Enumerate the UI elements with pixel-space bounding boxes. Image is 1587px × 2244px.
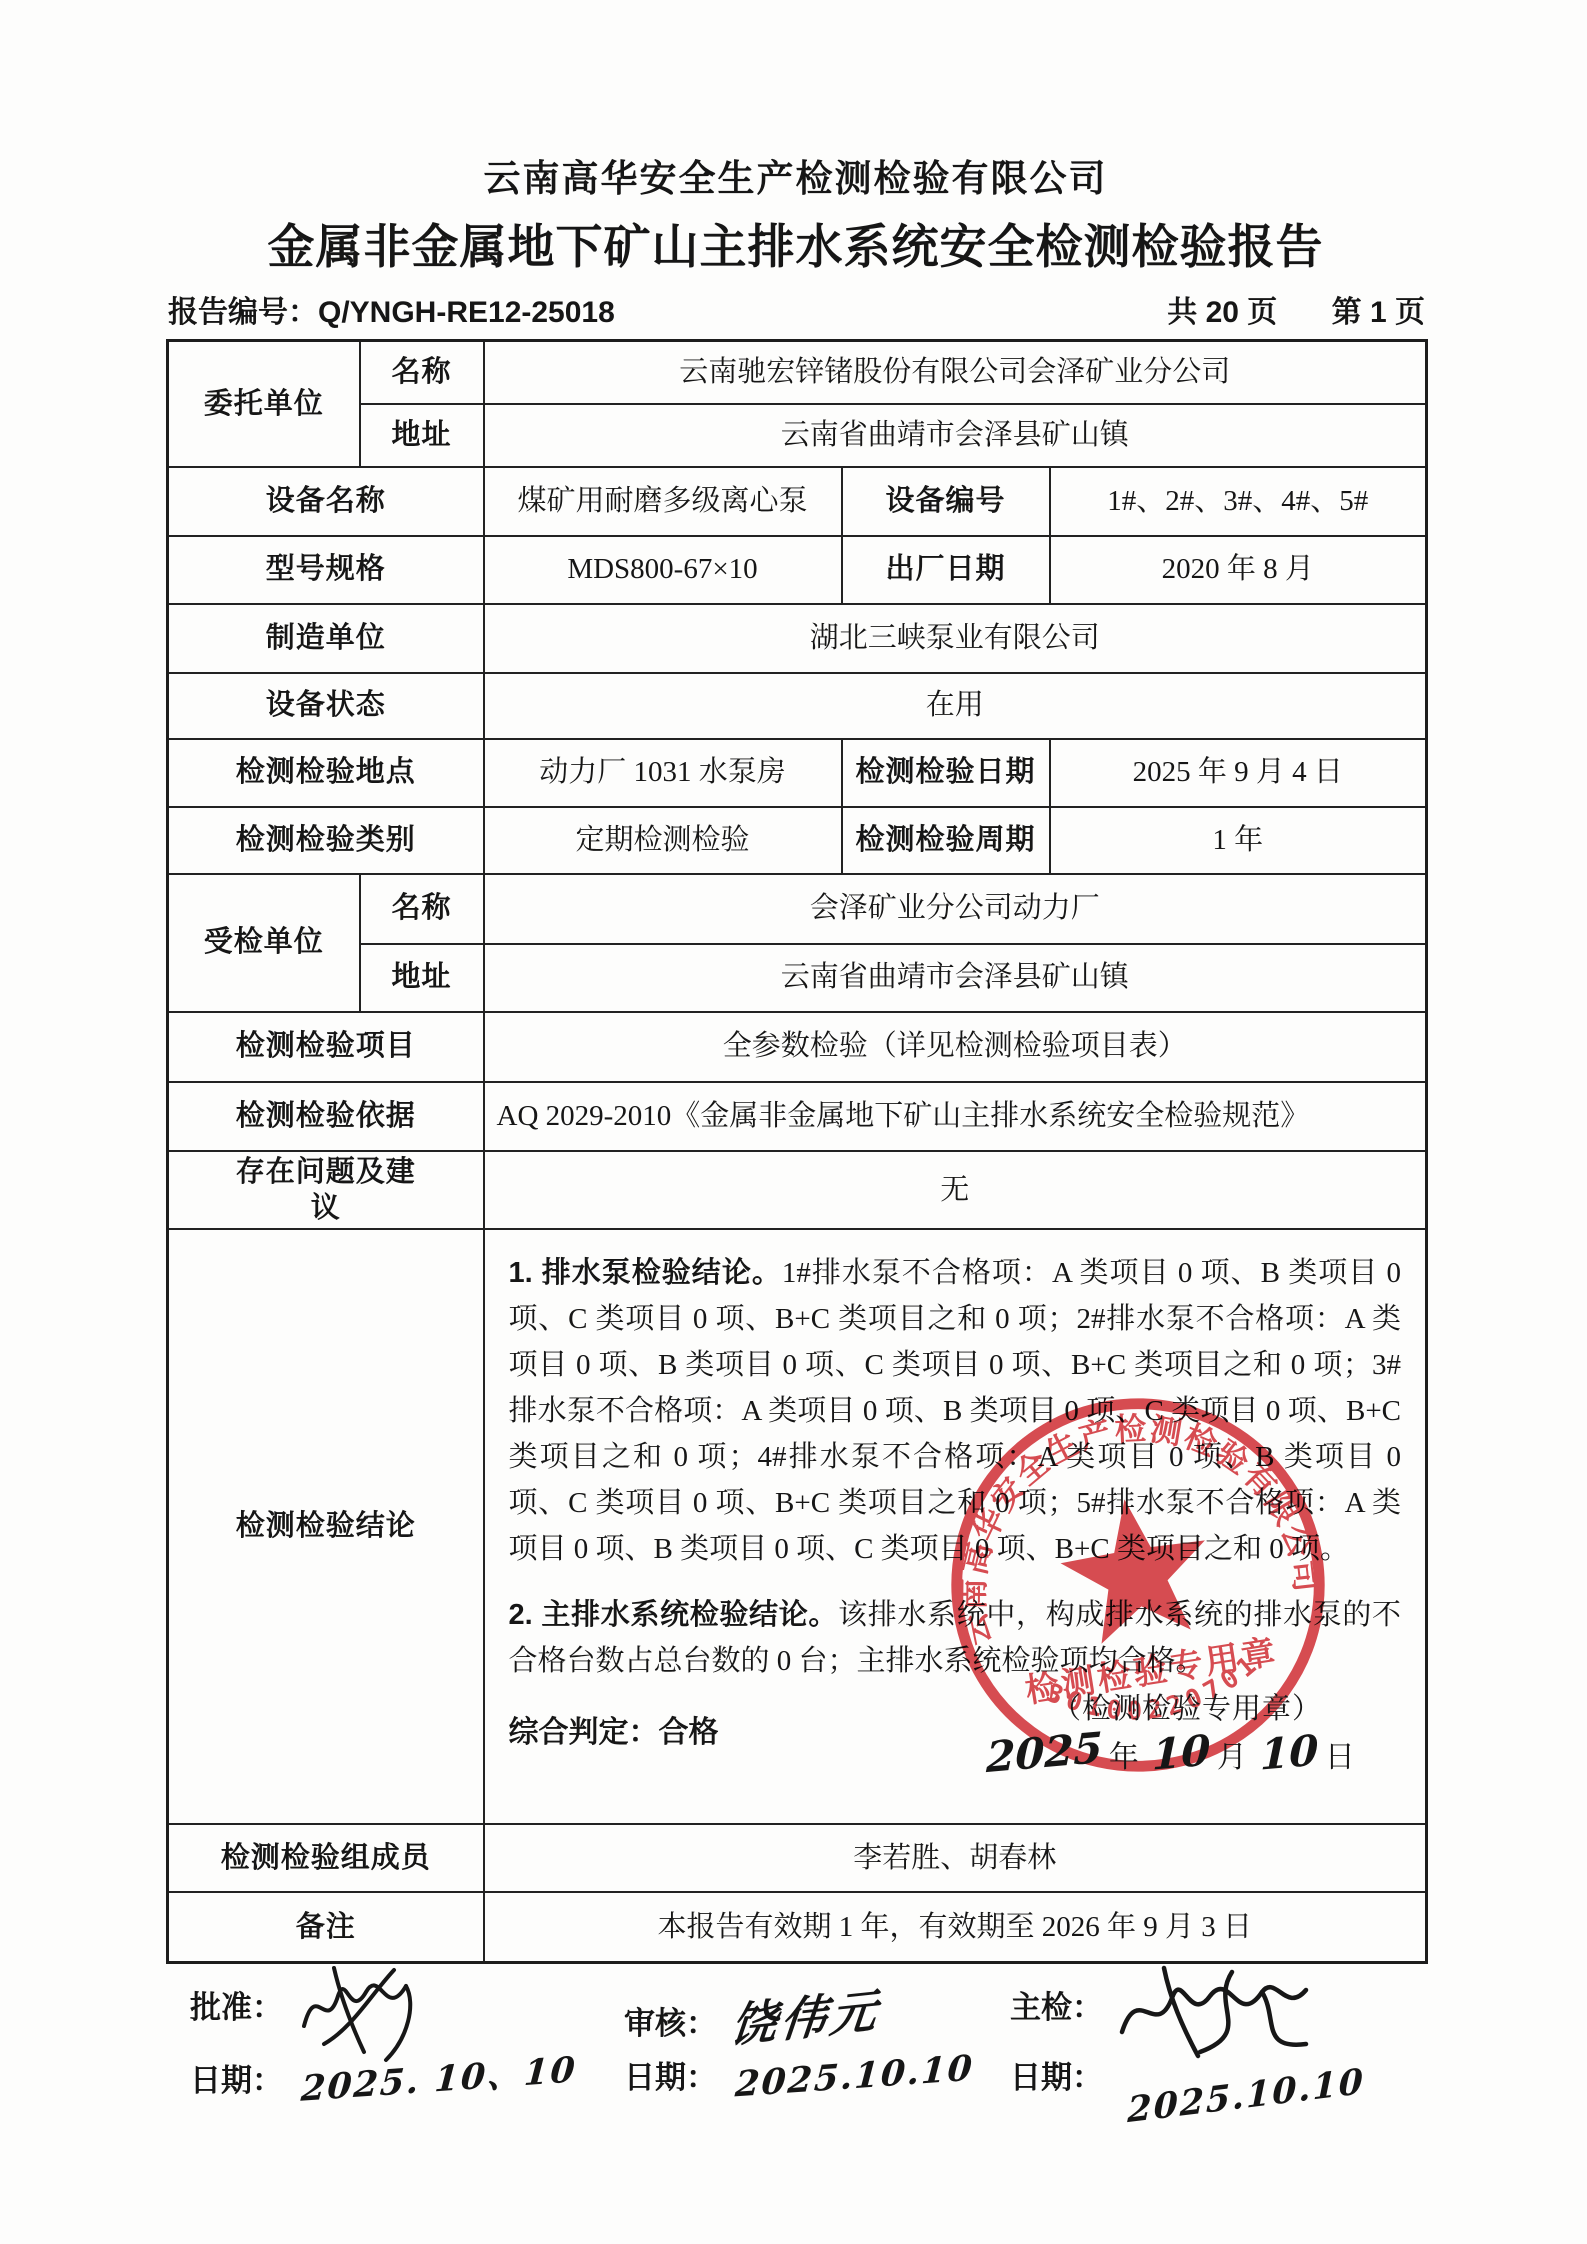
inspected-addr-value: 云南省曲靖市会泽县矿山镇 xyxy=(484,944,1427,1012)
inspected-name-value: 会泽矿业分公司动力厂 xyxy=(484,874,1427,944)
sign-date-year-label: 年 xyxy=(1109,1741,1139,1774)
inspection-type-label: 检测检验类别 xyxy=(168,807,484,874)
factory-date-label: 出厂日期 xyxy=(842,536,1050,604)
stamp-star-icon xyxy=(1052,1488,1218,1648)
table-row: 检测检验地点 动力厂 1031 水泵房 检测检验日期 2025 年 9 月 4 … xyxy=(168,739,1427,807)
table-row: 设备名称 煤矿用耐磨多级离心泵 设备编号 1#、2#、3#、4#、5# xyxy=(168,467,1427,536)
remark-label: 备注 xyxy=(168,1892,484,1962)
remark-value: 本报告有效期 1 年，有效期至 2026 年 9 月 3 日 xyxy=(484,1892,1427,1962)
sign-date-day-label: 日 xyxy=(1325,1741,1355,1774)
inspection-type-value: 定期检测检验 xyxy=(484,807,842,874)
approve-label: 批准： xyxy=(190,1990,283,2025)
report-page: 云南高华安全生产检测检验有限公司 金属非金属地下矿山主排水系统安全检测检验报告 … xyxy=(166,148,1425,2162)
problems-label: 存在问题及建议 xyxy=(168,1151,484,1230)
device-model-value: MDS800-67×10 xyxy=(484,536,842,604)
status-label: 设备状态 xyxy=(168,673,484,739)
conclusion-p2-lead: 2. 主排水系统检验结论。 xyxy=(509,1599,839,1631)
approve-block: 批准： 日期： 2025. 10、10 xyxy=(190,1982,577,2114)
inspection-date-value: 2025 年 9 月 4 日 xyxy=(1050,739,1427,807)
seal-note: （检测检验专用章） xyxy=(1052,1686,1322,1727)
problems-value: 无 xyxy=(484,1151,1427,1230)
page-indicator: 共 20 页 第 1 页 xyxy=(1121,287,1425,331)
status-value: 在用 xyxy=(484,673,1427,739)
review-date-value: 2025.10.10 xyxy=(734,2047,976,2105)
chief-label: 主检： xyxy=(1010,1990,1103,2025)
conclusion-sign-date: 2025年 10月 10日 xyxy=(980,1728,1355,1777)
inspection-date-label: 检测检验日期 xyxy=(842,739,1050,807)
maker-value: 湖北三峡泵业有限公司 xyxy=(484,604,1427,673)
table-row: 检测检验依据 AQ 2029-2010《金属非金属地下矿山主排水系统安全检验规范… xyxy=(168,1082,1427,1151)
chief-line: 主检： xyxy=(1010,1982,1360,2044)
table-row: 检测检验项目 全参数检验（详见检测检验项目表） xyxy=(168,1012,1427,1082)
device-no-label: 设备编号 xyxy=(842,467,1050,536)
table-row: 受检单位 名称 会泽矿业分公司动力厂 xyxy=(168,874,1427,944)
table-row: 型号规格 MDS800-67×10 出厂日期 2020 年 8 月 xyxy=(168,536,1427,604)
chief-block: 主检： 日期： 2025.10.10 xyxy=(1010,1982,1360,2114)
inspected-addr-label: 地址 xyxy=(360,944,484,1012)
conclusion-label: 检测检验结论 xyxy=(168,1229,484,1824)
sign-date-month: 10 xyxy=(1152,1725,1211,1779)
inspection-cycle-value: 1 年 xyxy=(1050,807,1427,874)
conclusion-p1-lead: 1. 排水泵检验结论。 xyxy=(509,1257,782,1289)
table-row: 检测检验组成员 李若胜、胡春林 xyxy=(168,1824,1427,1892)
inspection-place-value: 动力厂 1031 水泵房 xyxy=(484,739,842,807)
sign-date-month-label: 月 xyxy=(1217,1741,1247,1774)
items-value: 全参数检验（详见检测检验项目表） xyxy=(484,1012,1427,1082)
client-name-value: 云南驰宏锌锗股份有限公司会泽矿业分公司 xyxy=(484,341,1427,404)
review-line: 审核： 饶伟元 xyxy=(624,1982,974,2044)
device-name-label: 设备名称 xyxy=(168,467,484,536)
review-signature: 饶伟元 xyxy=(728,1973,884,2056)
approve-date-line: 日期： 2025. 10、10 xyxy=(190,2052,577,2114)
device-no-value: 1#、2#、3#、4#、5# xyxy=(1050,467,1427,536)
approve-line: 批准： xyxy=(190,1982,577,2044)
client-addr-value: 云南省曲靖市会泽县矿山镇 xyxy=(484,404,1427,467)
chief-date-label: 日期： xyxy=(1010,2060,1103,2095)
report-title: 金属非金属地下矿山主排水系统安全检测检验报告 xyxy=(166,210,1425,277)
client-group-label: 委托单位 xyxy=(168,341,360,467)
table-row: 检测检验类别 定期检测检验 检测检验周期 1 年 xyxy=(168,807,1427,874)
factory-date-value: 2020 年 8 月 xyxy=(1050,536,1427,604)
inspected-name-label: 名称 xyxy=(360,874,484,944)
table-row: 制造单位 湖北三峡泵业有限公司 xyxy=(168,604,1427,673)
device-model-label: 型号规格 xyxy=(168,536,484,604)
table-row: 存在问题及建议 无 xyxy=(168,1151,1427,1230)
page-current: 第 1 页 xyxy=(1332,296,1425,329)
sign-date-day: 10 xyxy=(1260,1725,1319,1779)
report-number-value: Q/YNGH-RE12-25018 xyxy=(318,296,615,329)
items-label: 检测检验项目 xyxy=(168,1012,484,1082)
sign-date-year: 2025 xyxy=(986,1723,1103,1782)
client-name-label: 名称 xyxy=(360,341,484,404)
team-value: 李若胜、胡春林 xyxy=(484,1824,1427,1892)
review-block: 审核： 饶伟元 日期： 2025.10.10 xyxy=(624,1982,974,2114)
review-label: 审核： xyxy=(624,2006,717,2041)
maker-label: 制造单位 xyxy=(168,604,484,673)
report-number: 报告编号：Q/YNGH-RE12-25018 xyxy=(168,287,615,331)
inspected-group-label: 受检单位 xyxy=(168,874,360,1012)
inspection-place-label: 检测检验地点 xyxy=(168,739,484,807)
signature-footer: 批准： 日期： 2025. 10、10 审核： 饶伟元 xyxy=(166,1982,1425,2162)
basis-value: AQ 2029-2010《金属非金属地下矿山主排水系统安全检验规范》 xyxy=(484,1082,1427,1151)
review-date-line: 日期： 2025.10.10 xyxy=(624,2052,974,2114)
team-label: 检测检验组成员 xyxy=(168,1824,484,1892)
device-name-value: 煤矿用耐磨多级离心泵 xyxy=(484,467,842,536)
chief-signature-scrawl xyxy=(1110,1960,1320,2075)
client-addr-label: 地址 xyxy=(360,404,484,467)
inspection-cycle-label: 检测检验周期 xyxy=(842,807,1050,874)
company-name: 云南高华安全生产检测检验有限公司 xyxy=(166,148,1425,202)
report-number-label: 报告编号： xyxy=(168,296,318,329)
table-row: 设备状态 在用 xyxy=(168,673,1427,739)
table-row: 备注 本报告有效期 1 年，有效期至 2026 年 9 月 3 日 xyxy=(168,1892,1427,1962)
table-row: 委托单位 名称 云南驰宏锌锗股份有限公司会泽矿业分公司 xyxy=(168,341,1427,404)
review-date-label: 日期： xyxy=(624,2060,717,2095)
approve-date-label: 日期： xyxy=(190,2063,283,2098)
report-number-line: 报告编号：Q/YNGH-RE12-25018 共 20 页 第 1 页 xyxy=(168,287,1425,331)
pages-total: 共 20 页 xyxy=(1167,296,1277,329)
basis-label: 检测检验依据 xyxy=(168,1082,484,1151)
